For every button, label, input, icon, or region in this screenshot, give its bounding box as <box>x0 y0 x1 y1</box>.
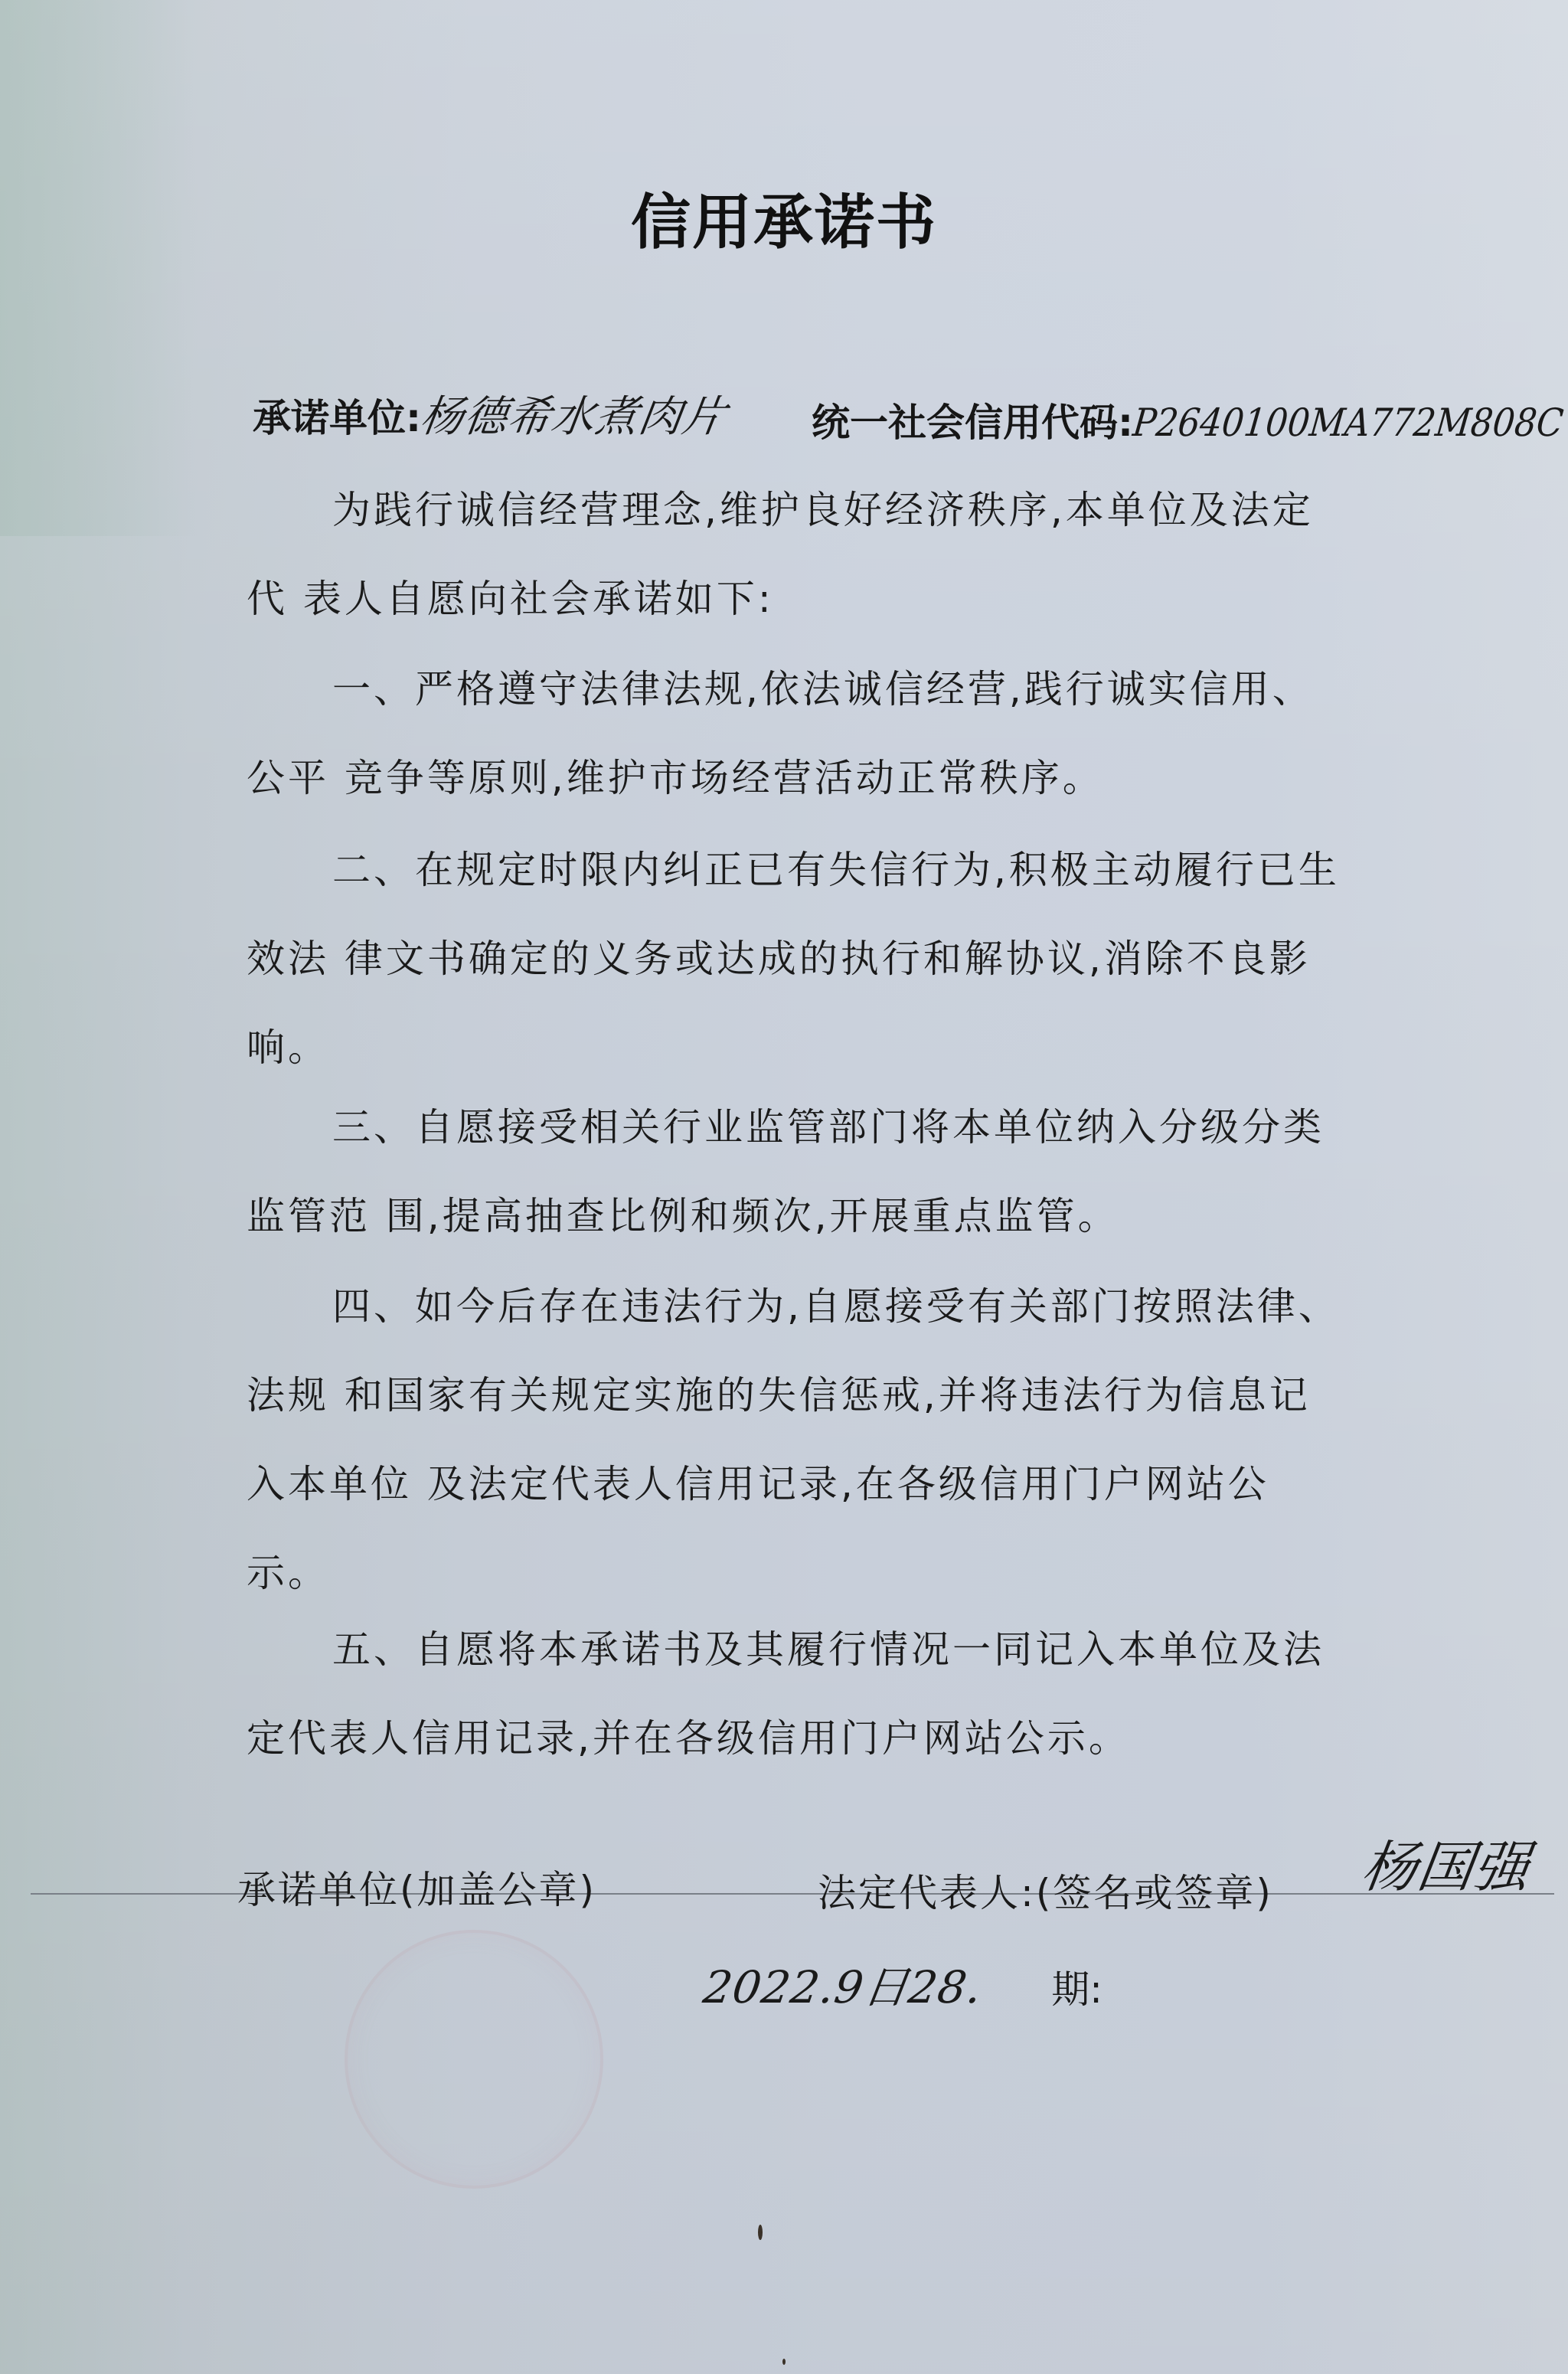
date-handwritten-value: 2022.9日28. <box>700 1951 987 2016</box>
faint-official-seal-stamp <box>345 1930 603 2189</box>
paper-speck <box>758 2225 763 2240</box>
unit-seal-label: 承诺单位(加盖公章) <box>237 1859 596 1915</box>
paper-speck <box>782 2359 786 2365</box>
paragraph-text: 为践行诚信经营理念,维护良好经济秩序,本单位及法定代 表人自愿向社会承诺如下: <box>247 466 1349 643</box>
paragraph-text: 五、自愿将本承诺书及其履行情况一同记入本单位及法定代表人信用记录,并在各级信用门… <box>247 1605 1349 1783</box>
promising-unit-handwritten-value: 杨德希水煮肉片 <box>416 383 730 444</box>
commitment-item-1: 一、严格遵守法律法规,依法诚信经营,践行诚实信用、公平 竞争等原则,维护市场经营… <box>247 645 1349 822</box>
paper-shadow <box>0 0 199 536</box>
commitment-item-2: 二、在规定时限内纠正已有失信行为,积极主动履行已生效法 律文书确定的义务或达成的… <box>247 826 1349 1092</box>
paragraph-text: 三、自愿接受相关行业监管部门将本单位纳入分级分类监管范 围,提高抽查比例和频次,… <box>247 1083 1349 1261</box>
paragraph-text: 四、如今后存在违法行为,自愿接受有关部门按照法律、法规 和国家有关规定实施的失信… <box>247 1262 1349 1617</box>
legal-representative-label: 法定代表人:(签名或签章) <box>818 1862 1273 1918</box>
credit-code-handwritten-value: P2640100MA772M808C <box>1131 401 1566 445</box>
commitment-item-3: 三、自愿接受相关行业监管部门将本单位纳入分级分类监管范 围,提高抽查比例和频次,… <box>247 1083 1349 1261</box>
date-row: 2022.9日28.期: <box>704 1951 1102 2016</box>
date-label: 期: <box>1051 1959 1102 2014</box>
promising-unit-row: 承诺单位:杨德希水煮肉片 <box>253 383 727 444</box>
commitment-item-4: 四、如今后存在违法行为,自愿接受有关部门按照法律、法规 和国家有关规定实施的失信… <box>247 1262 1349 1617</box>
credit-code-label: 统一社会信用代码: <box>812 401 1133 445</box>
promising-unit-label: 承诺单位: <box>253 396 421 440</box>
legal-representative-signature: 杨国强 <box>1357 1823 1537 1902</box>
intro-paragraph: 为践行诚信经营理念,维护良好经济秩序,本单位及法定代 表人自愿向社会承诺如下: <box>247 466 1349 643</box>
credit-code-row: 统一社会信用代码:P2640100MA772M808C <box>812 392 1568 447</box>
document-title: 信用承诺书 <box>0 175 1568 260</box>
paragraph-text: 一、严格遵守法律法规,依法诚信经营,践行诚实信用、公平 竞争等原则,维护市场经营… <box>247 645 1349 822</box>
commitment-item-5: 五、自愿将本承诺书及其履行情况一同记入本单位及法定代表人信用记录,并在各级信用门… <box>247 1605 1349 1783</box>
paragraph-text: 二、在规定时限内纠正已有失信行为,积极主动履行已生效法 律文书确定的义务或达成的… <box>247 826 1349 1092</box>
